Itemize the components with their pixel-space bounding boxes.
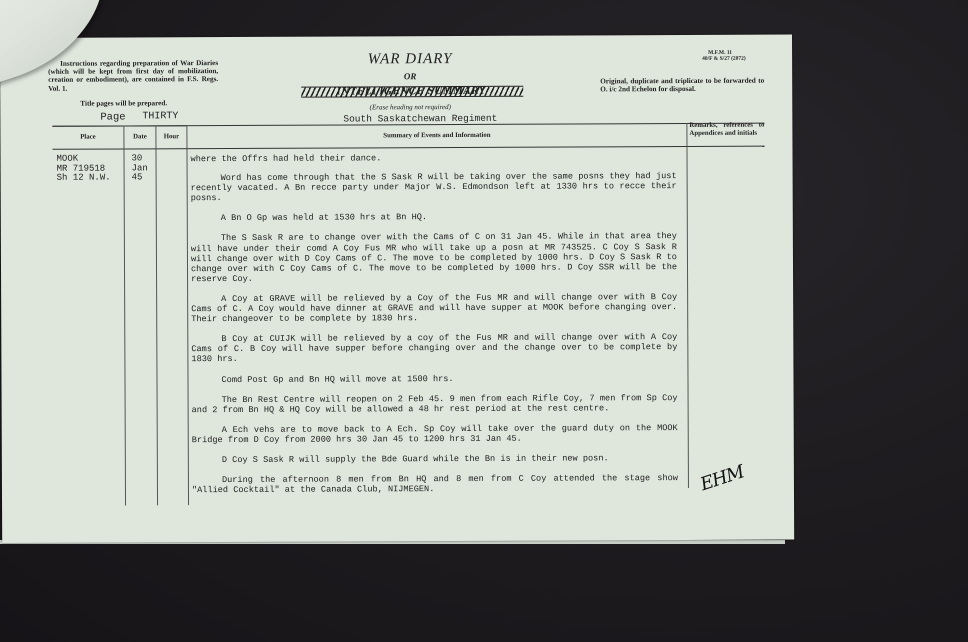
erase-note: (Erase heading not required)	[300, 103, 520, 112]
or-text: OR	[300, 71, 520, 82]
document-title: WAR DIARY	[300, 51, 520, 69]
page-label: Page	[100, 111, 125, 123]
entry-paragraph: D Coy S Sask R will supply the Bde Guard…	[192, 453, 678, 465]
war-diary-page: Instructions regarding preparation of Wa…	[0, 35, 794, 543]
entry-paragraph: The Bn Rest Centre will reopen on 2 Feb …	[192, 393, 678, 415]
form-code-line2: 40/F & S/27 (2072)	[702, 56, 772, 62]
divider-hour-summary	[186, 125, 189, 505]
header-date: Date	[124, 133, 155, 140]
form-code: M.F.M. 11 40/F & S/27 (2072)	[702, 50, 772, 62]
header-hour: Hour	[156, 133, 186, 140]
page-number: THIRTY	[142, 111, 178, 122]
header-summary: Summary of Events and Information	[187, 131, 686, 140]
title-pages-note: Title pages will be prepared.	[80, 99, 167, 107]
entry-paragraph: The S Sask R are to change over with the…	[191, 232, 677, 285]
summary-entries: where the Offrs had held their dance. Wo…	[191, 152, 679, 505]
distribution-note: Original, duplicate and triplicate to be…	[600, 77, 764, 94]
entry-paragraph: B Coy at CUIJK will be relieved by a coy…	[191, 332, 677, 364]
entry-paragraph: where the Offrs had held their dance.	[191, 152, 677, 164]
divider-place-date	[123, 125, 126, 505]
instructions-note: Instructions regarding preparation of Wa…	[48, 59, 218, 93]
entry-paragraph: Comd Post Gp and Bn HQ will move at 1500…	[191, 373, 677, 385]
header-remarks: Remarks, references to Appendices and in…	[689, 122, 764, 137]
date-cell: 30 Jan 45	[132, 154, 148, 183]
divider-date-hour	[155, 125, 158, 505]
divider-summary-remarks	[686, 123, 689, 488]
entry-paragraph: Word has come through that the S Sask R …	[191, 171, 677, 203]
entry-paragraph: During the afternoon 8 men from Bn HQ an…	[192, 473, 678, 495]
entry-paragraph: A Coy at GRAVE will be relieved by a Coy…	[191, 292, 677, 324]
entry-paragraph: A Bn O Gp was held at 1530 hrs at Bn HQ.	[191, 211, 677, 223]
initials-signature: EHM	[698, 461, 747, 495]
entry-paragraph: A Ech vehs are to move back to A Ech. Sp…	[192, 423, 678, 445]
table-header-rule	[52, 146, 764, 150]
header-place: Place	[52, 133, 123, 140]
strikethrough-mark	[301, 86, 523, 98]
place-cell: MOOK MR 719518 Sh 12 N.W.	[57, 155, 111, 184]
instructions-text: Instructions regarding preparation of Wa…	[48, 59, 218, 93]
